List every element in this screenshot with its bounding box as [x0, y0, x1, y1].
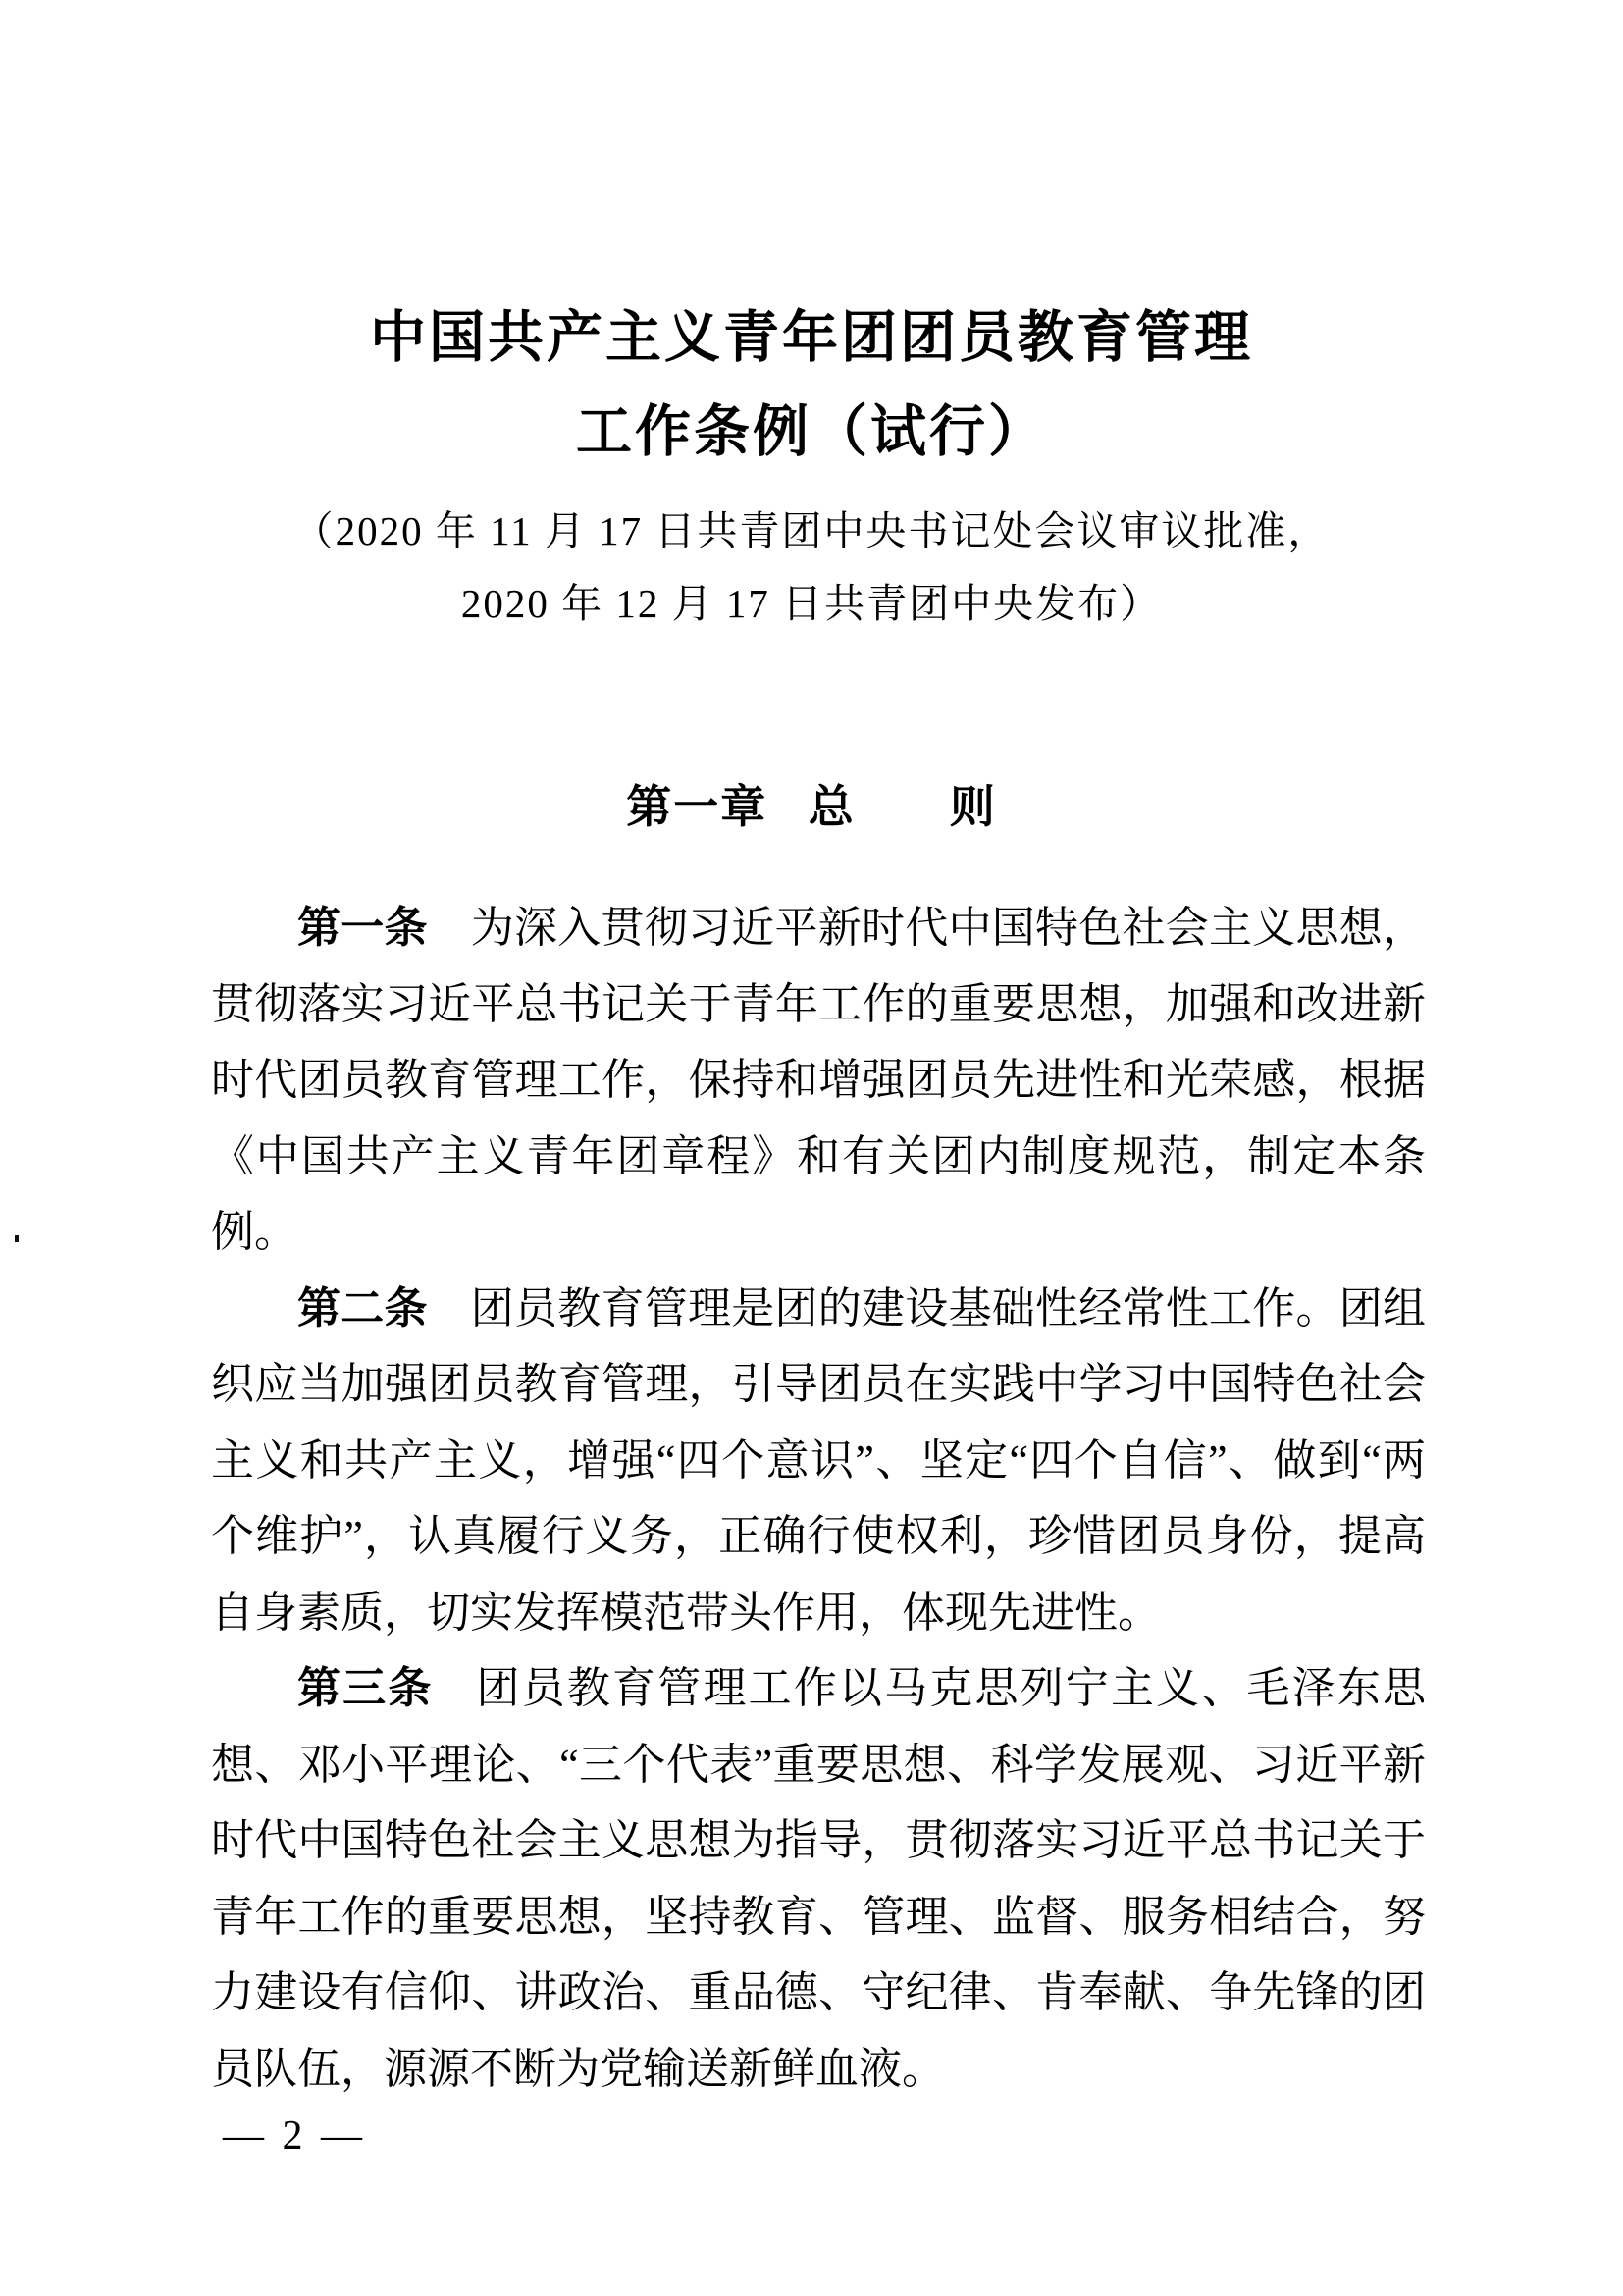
chapter-heading: 第一章总 则	[0, 777, 1623, 836]
chapter-title: 总 则	[809, 781, 997, 832]
article-2: 第二条团员教育管理是团的建设基础性经常性工作。团组织应当加强团员教育管理，引导团…	[211, 1271, 1426, 1651]
scan-artifact-speck	[15, 1235, 19, 1242]
article-3-label: 第三条	[297, 1664, 434, 1712]
publication-note-line-2: 2020 年 12 月 17 日共青团中央发布）	[0, 567, 1623, 640]
publication-note-line-1: （2020 年 11 月 17 日共青团中央书记处会议审议批准，	[0, 495, 1623, 567]
article-1-label: 第一条	[297, 904, 428, 952]
document-title-line-1: 中国共产主义青年团团员教育管理	[0, 290, 1623, 385]
article-3: 第三条团员教育管理工作以马克思列宁主义、毛泽东思想、邓小平理论、“三个代表”重要…	[211, 1650, 1426, 2107]
article-2-label: 第二条	[297, 1284, 428, 1332]
page-number: — 2 —	[223, 2113, 1623, 2160]
publication-note: （2020 年 11 月 17 日共青团中央书记处会议审议批准， 2020 年 …	[0, 495, 1623, 640]
document-title: 中国共产主义青年团团员教育管理 工作条例（试行）	[0, 0, 1623, 479]
article-2-text: 团员教育管理是团的建设基础性经常性工作。团组织应当加强团员教育管理，引导团员在实…	[211, 1284, 1426, 1637]
chapter-number: 第一章	[626, 781, 767, 832]
document-title-line-2: 工作条例（试行）	[0, 385, 1623, 479]
article-1: 第一条为深入贯彻习近平新时代中国特色社会主义思想，贯彻落实习近平总书记关于青年工…	[211, 890, 1426, 1271]
article-3-text: 团员教育管理工作以马克思列宁主义、毛泽东思想、邓小平理论、“三个代表”重要思想、…	[211, 1664, 1426, 2093]
article-body: 第一条为深入贯彻习近平新时代中国特色社会主义思想，贯彻落实习近平总书记关于青年工…	[211, 890, 1426, 2107]
document-page: 中国共产主义青年团团员教育管理 工作条例（试行） （2020 年 11 月 17…	[0, 0, 1623, 2296]
article-1-text: 为深入贯彻习近平新时代中国特色社会主义思想，贯彻落实习近平总书记关于青年工作的重…	[211, 904, 1426, 1256]
